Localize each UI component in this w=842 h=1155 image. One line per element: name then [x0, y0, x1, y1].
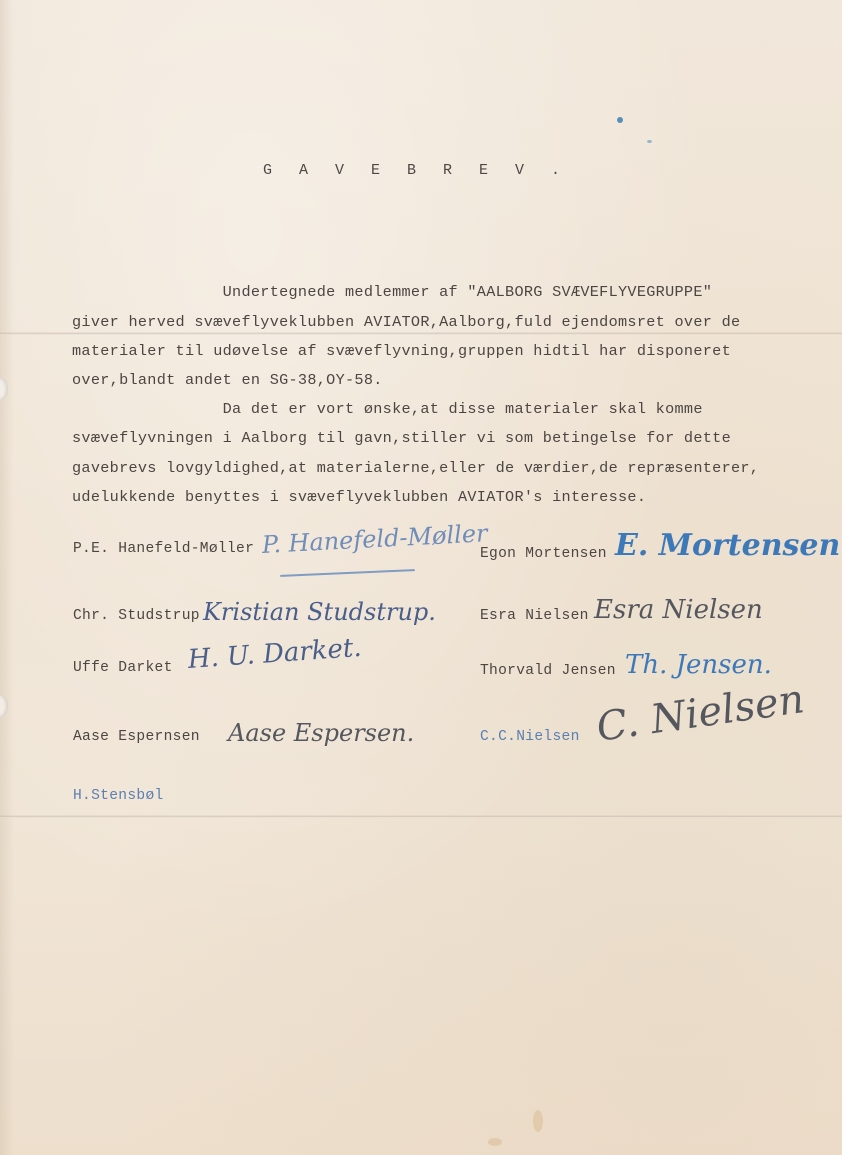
ink-spot [617, 117, 623, 123]
body-line: Undertegnede medlemmer af "AALBORG SVÆVE… [72, 283, 712, 301]
paper-fold-lower [0, 815, 842, 818]
signature-thorvald-jensen: Th. Jensen. [625, 650, 772, 680]
paper-fold-upper [0, 332, 842, 335]
typed-name-esra-nielsen: Esra Nielsen [480, 608, 589, 624]
typed-name-cc-nielsen: C.C.Nielsen [480, 729, 580, 745]
typed-name-studstrup: Chr. Studstrup [73, 608, 200, 624]
ink-spot [647, 140, 652, 143]
body-line: materialer til udøvelse af svæveflyvning… [72, 342, 731, 360]
typed-name-mortensen: Egon Mortensen [480, 546, 607, 562]
typed-name-hanefeld-moller: P.E. Hanefeld-Møller [73, 541, 254, 557]
paper-stain [533, 1110, 543, 1132]
document-page: G A V E B R E V . Undertegnede medlemmer… [0, 0, 842, 1155]
signature-studstrup: Kristian Studstrup. [203, 598, 436, 626]
typed-name-darket: Uffe Darket [73, 660, 173, 676]
signature-darket: H. U. Darket. [187, 633, 363, 675]
paper-edge-shadow [0, 0, 14, 1155]
typed-name-espernsen: Aase Espernsen [73, 729, 200, 745]
typed-name-stensbol: H.Stensbøl [73, 788, 164, 804]
body-line: over,blandt andet en SG-38,OY-58. [72, 371, 383, 389]
signature-espernsen: Aase Espersen. [228, 719, 414, 747]
body-line: udelukkende benyttes i svæveflyveklubben… [72, 488, 646, 506]
signature-esra-nielsen: Esra Nielsen [594, 595, 763, 625]
body-line: svæveflyvningen i Aalborg til gavn,still… [72, 429, 731, 447]
body-line: giver herved svæveflyveklubben AVIATOR,A… [72, 313, 740, 331]
document-title: G A V E B R E V . [263, 162, 569, 179]
body-line: Da det er vort ønske,at disse materialer… [72, 400, 703, 418]
body-line: gavebrevs lovgyldighed,at materialerne,e… [72, 459, 759, 477]
signature-cc-nielsen: C. Nielsen [594, 676, 807, 751]
signature-hanefeld-moller: P. Hanefeld-Møller [261, 519, 488, 559]
paper-stain [488, 1138, 502, 1146]
typed-name-thorvald-jensen: Thorvald Jensen [480, 663, 616, 679]
signature-mortensen: E. Mortensen [615, 528, 840, 563]
signature-underline [280, 569, 415, 577]
